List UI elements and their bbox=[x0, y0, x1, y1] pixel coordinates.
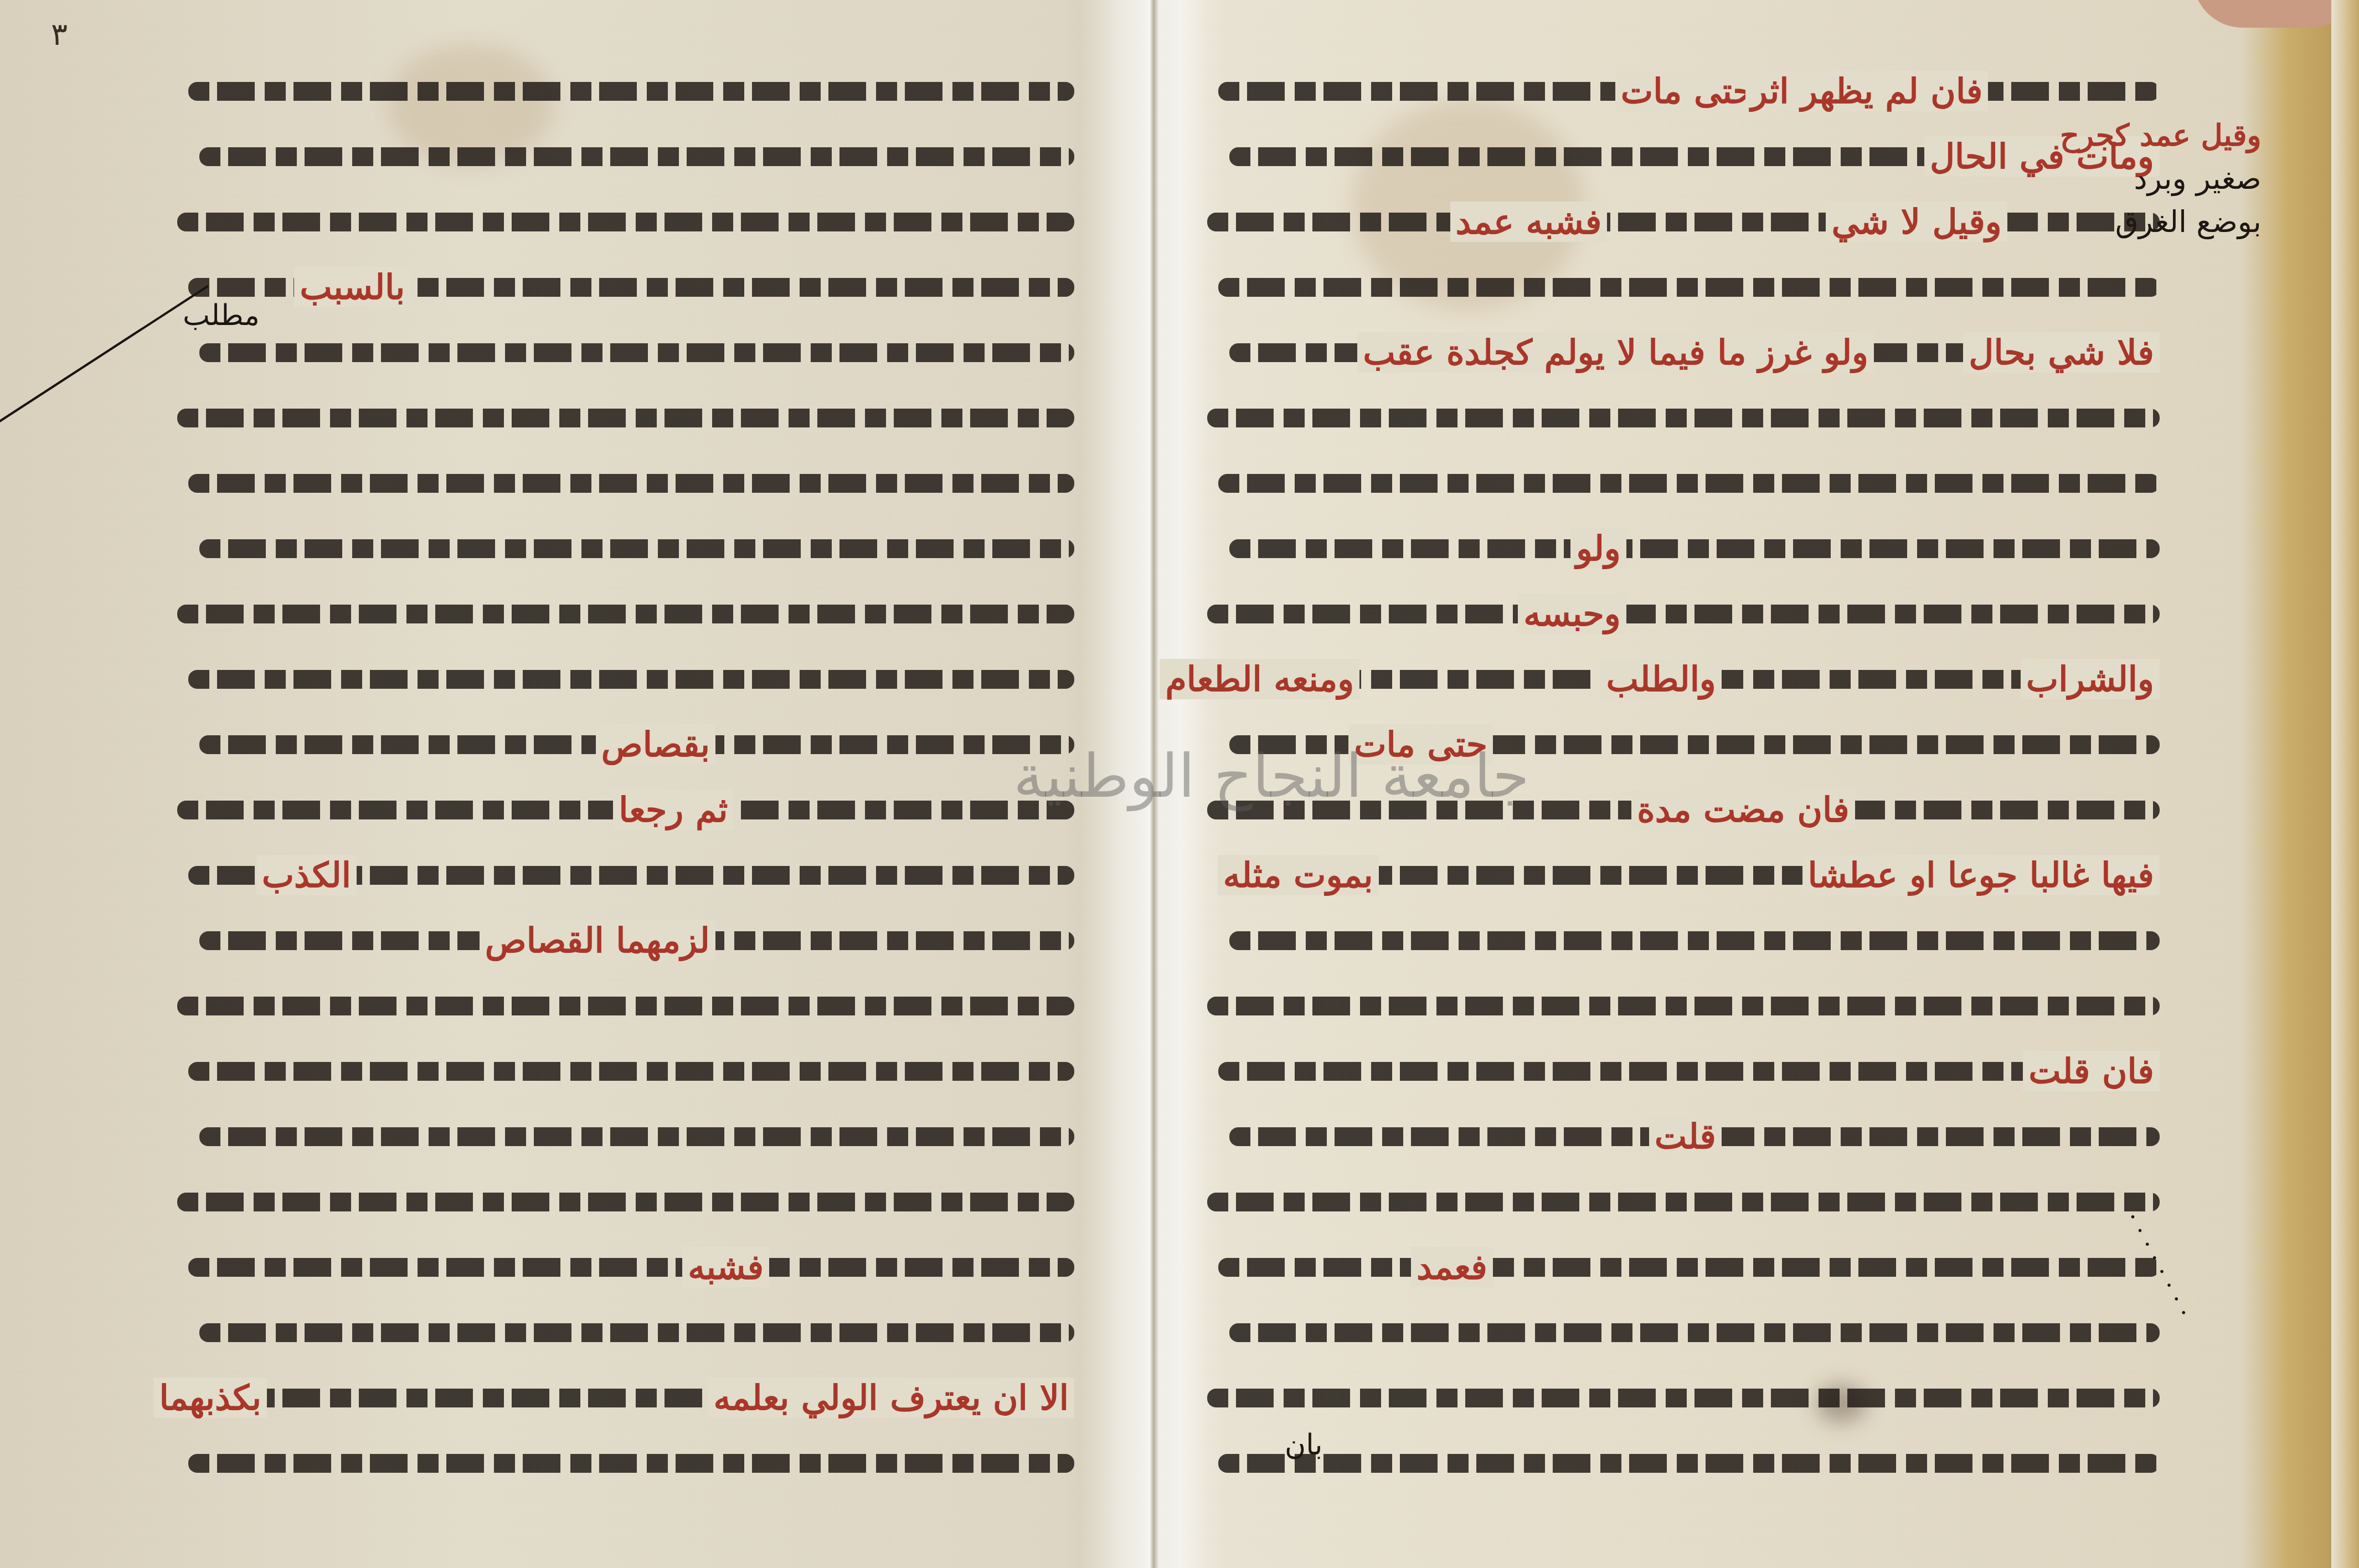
manuscript-line: ثم رجعا bbox=[166, 780, 1074, 845]
manuscript-spread: ٣ مطلب بالسبببقصاصثم رجعاالكذبلزمهما الق… bbox=[0, 0, 2359, 1568]
red-rubric: ثم رجعا bbox=[613, 790, 733, 830]
red-rubric: بكذبهما bbox=[153, 1378, 267, 1418]
red-rubric: وقيل لا شي bbox=[1826, 202, 2007, 242]
red-rubric: فان مضت مدة bbox=[1631, 790, 1855, 830]
manuscript-line bbox=[166, 322, 1074, 388]
handwritten-text bbox=[1218, 1258, 2160, 1277]
manuscript-line bbox=[1196, 453, 2160, 518]
handwritten-text bbox=[1229, 931, 2160, 950]
manuscript-line: فان قلت bbox=[1196, 1041, 2160, 1106]
red-rubric: حتى مات bbox=[1615, 71, 1760, 111]
red-rubric: فلا شي بحال bbox=[1963, 332, 2160, 373]
red-rubric: ومنعه الطعام bbox=[1160, 659, 1359, 699]
handwritten-text bbox=[1207, 605, 2160, 623]
red-rubric: بالسبب bbox=[294, 267, 410, 307]
manuscript-line bbox=[166, 584, 1074, 649]
manuscript-line: الكذب bbox=[166, 845, 1074, 910]
handwritten-text bbox=[199, 1127, 1074, 1146]
handwritten-text bbox=[1229, 1323, 2160, 1342]
manuscript-line bbox=[166, 192, 1074, 257]
manuscript-line: فلا شي بحالولو غرز ما فيما لا يولم كجلدة… bbox=[1196, 322, 2160, 388]
red-rubric: وحبسه bbox=[1518, 594, 1626, 634]
red-rubric: ولو bbox=[1570, 528, 1626, 569]
handwritten-text bbox=[177, 409, 1074, 427]
red-rubric: فعمد bbox=[1411, 1247, 1493, 1287]
red-rubric: الكذب bbox=[256, 855, 357, 895]
manuscript-line: وحبسه bbox=[1196, 584, 2160, 649]
margin-note-line: صغير وبرد bbox=[2060, 157, 2262, 200]
left-text-block: بالسبببقصاصثم رجعاالكذبلزمهما القصاصفشبه… bbox=[166, 61, 1074, 1498]
red-rubric: بقصاص bbox=[596, 724, 715, 765]
handwritten-text bbox=[199, 539, 1074, 558]
handwritten-text bbox=[1218, 1062, 2160, 1081]
manuscript-line bbox=[166, 649, 1074, 714]
handwritten-text bbox=[188, 474, 1074, 493]
red-rubric: والشراب bbox=[2021, 659, 2160, 699]
manuscript-line bbox=[166, 388, 1074, 453]
manuscript-line bbox=[166, 61, 1074, 126]
red-rubric: قلت bbox=[1649, 1116, 1722, 1157]
manuscript-line: والشرابوالطلبومنعه الطعام bbox=[1196, 649, 2160, 714]
watermark: جامعة النجاح الوطنية bbox=[1013, 742, 1529, 811]
red-rubric: والطلب bbox=[1600, 659, 1721, 699]
red-rubric: فان قلت bbox=[2023, 1051, 2160, 1091]
red-rubric: فشبه bbox=[682, 1247, 769, 1287]
manuscript-line bbox=[1196, 910, 2160, 976]
manuscript-line: قلت bbox=[1196, 1106, 2160, 1172]
catchword: بان bbox=[1285, 1428, 1323, 1462]
red-rubric: لزمهما القصاص bbox=[480, 920, 715, 961]
handwritten-text bbox=[199, 1323, 1074, 1342]
handwritten-text bbox=[1218, 474, 2160, 493]
handwritten-text bbox=[188, 1258, 1074, 1277]
manuscript-line bbox=[1196, 1433, 2160, 1498]
handwritten-text bbox=[1229, 539, 2160, 558]
handwritten-text bbox=[1207, 1193, 2160, 1211]
handwritten-text bbox=[177, 213, 1074, 231]
red-rubric: بموت مثله bbox=[1218, 855, 1379, 895]
manuscript-line bbox=[166, 453, 1074, 518]
manuscript-line bbox=[1196, 1172, 2160, 1237]
handwritten-text bbox=[188, 1062, 1074, 1081]
red-rubric: فشبه عمد bbox=[1450, 202, 1608, 242]
manuscript-line: وقيل لا شيفشبه عمد bbox=[1196, 192, 2160, 257]
manuscript-line: ولو bbox=[1196, 518, 2160, 584]
red-rubric: الا ان يعترف الولي بعلمه bbox=[708, 1378, 1074, 1418]
manuscript-line bbox=[166, 126, 1074, 192]
manuscript-line bbox=[1196, 388, 2160, 453]
manuscript-line: فشبه bbox=[166, 1237, 1074, 1302]
red-rubric: فان لم يظهر اثر bbox=[1745, 71, 1989, 111]
handwritten-text bbox=[188, 82, 1074, 101]
margin-note-right: وقيل عمد كجرح صغير وبرد بوضع الغرق bbox=[2060, 114, 2262, 244]
handwritten-text bbox=[1218, 278, 2160, 297]
left-page: ٣ مطلب بالسبببقصاصثم رجعاالكذبلزمهما الق… bbox=[0, 0, 1152, 1568]
manuscript-line bbox=[166, 518, 1074, 584]
manuscript-line: الا ان يعترف الولي بعلمهبكذبهما bbox=[166, 1368, 1074, 1433]
red-rubric: ولو غرز ما فيما لا يولم كجلدة عقب bbox=[1357, 332, 1874, 373]
manuscript-line bbox=[1196, 976, 2160, 1041]
manuscript-line bbox=[166, 1172, 1074, 1237]
manuscript-line: بالسبب bbox=[166, 257, 1074, 322]
manuscript-line bbox=[166, 1302, 1074, 1368]
handwritten-text bbox=[1207, 1389, 2160, 1407]
handwritten-text bbox=[188, 1454, 1074, 1473]
manuscript-line bbox=[1196, 257, 2160, 322]
manuscript-line: حتى ماتفان لم يظهر اثر bbox=[1196, 61, 2160, 126]
handwritten-text bbox=[188, 670, 1074, 689]
manuscript-line bbox=[166, 976, 1074, 1041]
manuscript-line: فيها غالبا جوعا او عطشابموت مثله bbox=[1196, 845, 2160, 910]
manuscript-line: لزمهما القصاص bbox=[166, 910, 1074, 976]
handwritten-text bbox=[1207, 409, 2160, 427]
manuscript-line: ومات في الحال bbox=[1196, 126, 2160, 192]
handwritten-text bbox=[177, 605, 1074, 623]
manuscript-line: فعمد bbox=[1196, 1237, 2160, 1302]
handwritten-text bbox=[177, 997, 1074, 1015]
manuscript-line bbox=[166, 1106, 1074, 1172]
manuscript-line bbox=[1196, 1302, 2160, 1368]
manuscript-line: بقصاص bbox=[166, 714, 1074, 780]
manuscript-line bbox=[1196, 1368, 2160, 1433]
handwritten-text bbox=[199, 343, 1074, 362]
manuscript-line bbox=[166, 1041, 1074, 1106]
handwritten-text bbox=[1218, 1454, 2160, 1473]
handwritten-text bbox=[177, 1193, 1074, 1211]
handwritten-text bbox=[1207, 213, 2160, 231]
page-number: ٣ bbox=[51, 17, 68, 53]
handwritten-text bbox=[1207, 997, 2160, 1015]
manuscript-line bbox=[166, 1433, 1074, 1498]
handwritten-text bbox=[199, 147, 1074, 166]
red-rubric: فيها غالبا جوعا او عطشا bbox=[1802, 855, 2160, 895]
margin-note-line: وقيل عمد كجرح bbox=[2060, 114, 2262, 157]
margin-note-line: بوضع الغرق bbox=[2060, 200, 2262, 244]
